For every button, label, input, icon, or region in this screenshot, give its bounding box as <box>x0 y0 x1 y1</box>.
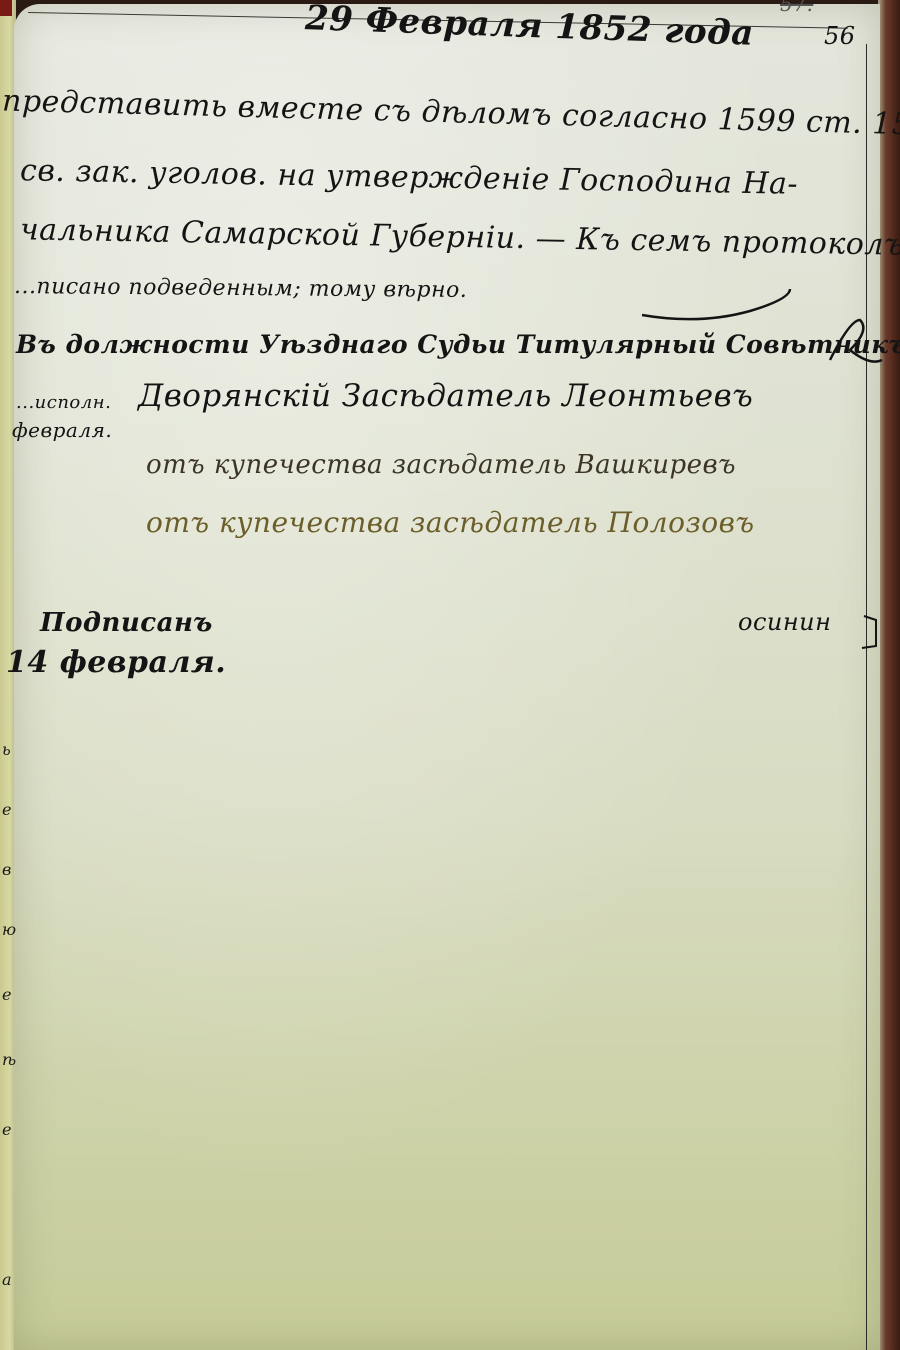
margin-note-signed-date: 14 февраля. <box>6 645 226 680</box>
binding-red-tab <box>0 0 12 16</box>
edge-letter: а <box>2 1270 12 1289</box>
signature-merchant-assessor-1: отъ купечества засѣдатель Вашкиревъ <box>146 450 736 480</box>
signature-noble-assessor: Дворянскій Засѣдатель Леонтьевъ <box>138 378 753 414</box>
edge-letter: е <box>2 985 11 1004</box>
folio-number: 56 <box>824 22 856 50</box>
right-signature-fragment: осинин <box>738 608 831 636</box>
margin-note-upper-a: ...исполн. <box>16 392 111 413</box>
bracket-stroke-icon <box>860 612 884 652</box>
edge-letter: ь <box>2 740 11 759</box>
edge-letter: в <box>2 860 11 879</box>
edge-letter: ѣ <box>2 1050 16 1069</box>
folio-number-old: 57. <box>780 0 813 16</box>
signature-merchant-assessor-2: отъ купечества засѣдатель Полозовъ <box>146 506 755 539</box>
book-binding-right <box>878 0 900 1350</box>
margin-note-upper-b: февраля. <box>12 418 112 442</box>
signature-flourish-icon <box>820 310 890 370</box>
flourish-stroke-icon <box>640 285 800 325</box>
edge-letter: ю <box>2 920 16 939</box>
edge-letter: е <box>2 800 11 819</box>
body-line-4: ...писано подведенным; тому вѣрно. <box>14 274 468 303</box>
edge-letter: е <box>2 1120 11 1139</box>
margin-note-signed-label: Подписанъ <box>40 608 213 638</box>
official-signature-line: Въ должности Уѣзднаго Судьи Титулярный С… <box>16 330 900 359</box>
